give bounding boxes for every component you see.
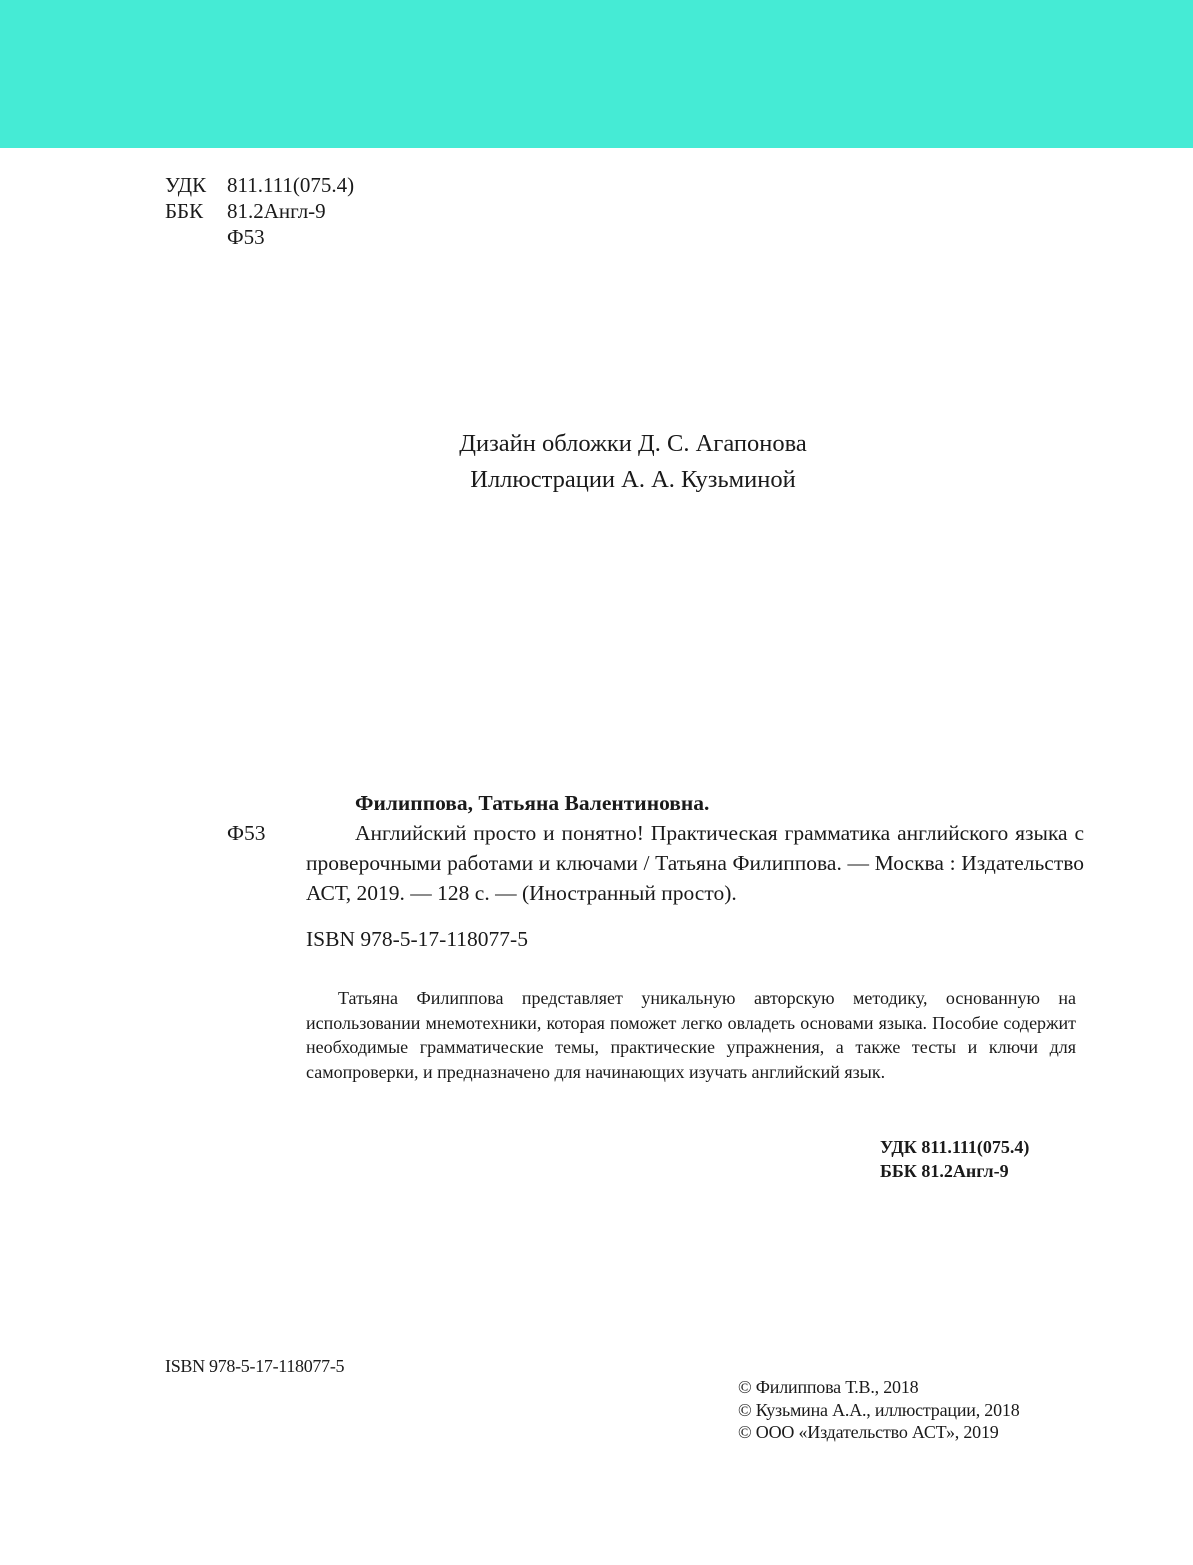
author-mark-label (165, 224, 227, 250)
copyright-author: © Филиппова Т.В., 2018 (738, 1376, 1020, 1399)
catalog-card: Филиппова, Татьяна Валентиновна. Английс… (306, 788, 1084, 954)
credits-block: Дизайн обложки Д. С. Агапонова Иллюстрац… (0, 426, 1193, 498)
catalog-author: Филиппова, Татьяна Валентиновна. (306, 788, 1084, 818)
classification-block: УДК 811.111(075.4) ББК 81.2Англ-9 Ф53 (165, 172, 354, 250)
catalog-isbn: ISBN 978-5-17-118077-5 (306, 924, 1084, 954)
bbk-bold: ББК 81.2Англ-9 (880, 1159, 1029, 1183)
bbk-value: 81.2Англ-9 (227, 198, 326, 224)
catalog-description: Английский просто и понятно! Практическа… (306, 818, 1084, 908)
copyright-publisher: © ООО «Издательство АСТ», 2019 (738, 1421, 1020, 1444)
cover-design-credit: Дизайн обложки Д. С. Агапонова (0, 426, 1193, 462)
annotation-text: Татьяна Филиппова представляет уникальну… (306, 986, 1076, 1084)
udc-label: УДК (165, 172, 227, 198)
isbn-bottom: ISBN 978-5-17-118077-5 (165, 1355, 344, 1377)
classification-bold-block: УДК 811.111(075.4) ББК 81.2Англ-9 (880, 1135, 1029, 1183)
bbk-row: ББК 81.2Англ-9 (165, 198, 354, 224)
illustrations-credit: Иллюстрации А. А. Кузьминой (0, 462, 1193, 498)
catalog-author-mark: Ф53 (227, 818, 266, 848)
author-mark-row: Ф53 (165, 224, 354, 250)
copyright-illustrator: © Кузьмина А.А., иллюстрации, 2018 (738, 1399, 1020, 1422)
author-mark-value: Ф53 (227, 224, 265, 250)
bbk-label: ББК (165, 198, 227, 224)
header-color-band (0, 0, 1193, 148)
udc-value: 811.111(075.4) (227, 172, 354, 198)
udc-row: УДК 811.111(075.4) (165, 172, 354, 198)
udc-bold: УДК 811.111(075.4) (880, 1135, 1029, 1159)
copyright-block: © Филиппова Т.В., 2018 © Кузьмина А.А., … (738, 1376, 1020, 1444)
